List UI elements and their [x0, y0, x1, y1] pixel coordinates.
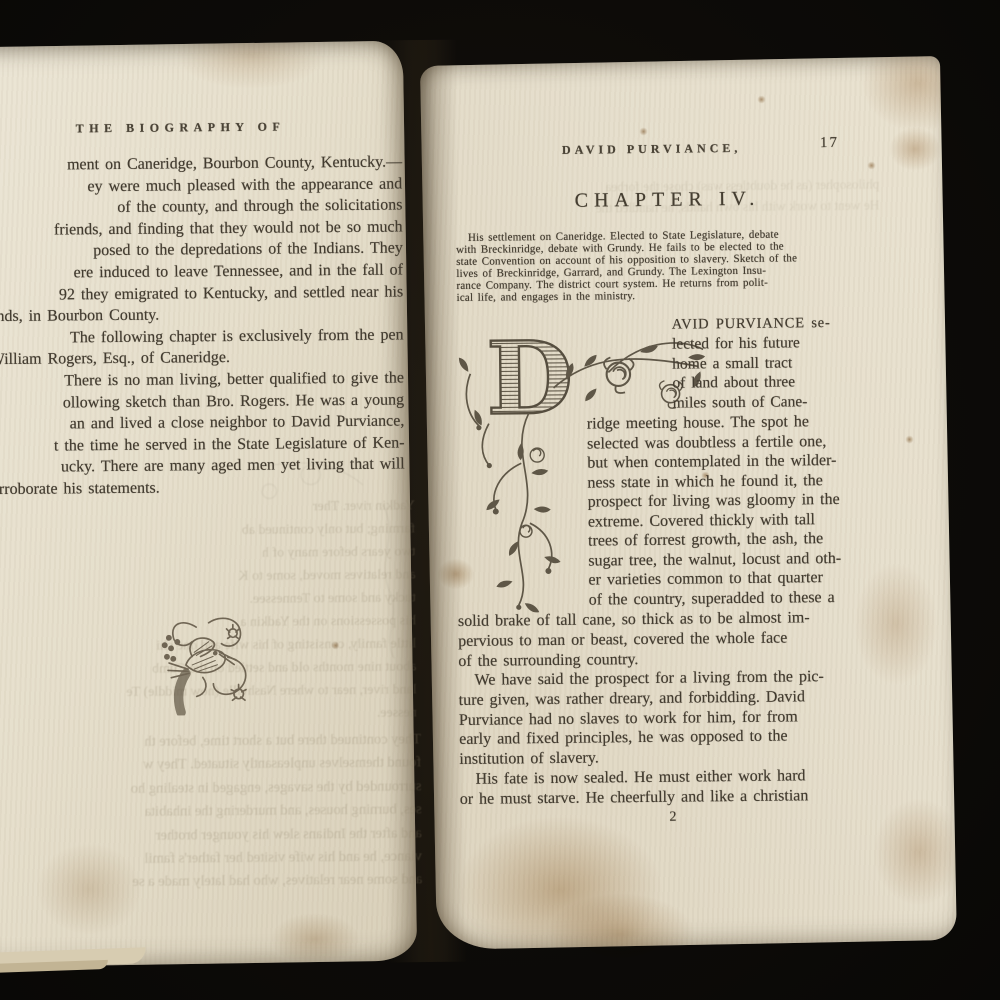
text-line: AVID PURVIANCE se- — [672, 314, 831, 335]
signature-mark: 2 — [460, 807, 886, 827]
text-line: or he must starve. He cheerfully and lik… — [460, 786, 809, 809]
paragraph-2: We have said the prospect for a living f… — [458, 667, 824, 770]
text-line: miles south of Cane- — [673, 392, 832, 413]
foxing-spot — [866, 160, 877, 171]
text-line: extreme. Covered thickly with tall — [588, 509, 841, 531]
text-line: ness state in which he found it, the — [587, 470, 840, 492]
text-line: ical life, and engages in the ministry. — [456, 288, 884, 304]
page-number: 17 — [820, 135, 839, 152]
text-line: selected was doubtless a fertile one, — [587, 431, 840, 453]
initial-letter: D — [486, 319, 574, 438]
body-narrow-column: ridge meeting house. The spot heselected… — [587, 412, 842, 610]
text-line: home a small tract — [672, 353, 831, 374]
text-line: lected for his future — [672, 333, 831, 354]
text-line: prospect for living was gloomy in the — [588, 490, 841, 512]
paragraph-3: His fate is now sealed. He must either w… — [459, 766, 808, 809]
body-beside-initial: AVID PURVIANCE se-lected for his futureh… — [672, 314, 832, 413]
text-line: but when contemplated in the wilder- — [587, 451, 840, 473]
text-line: er varieties common to that quarter — [588, 568, 841, 590]
text-line: trees of forrest growth, the ash, the — [588, 529, 841, 551]
text-line: of the country, superadded to these a — [589, 587, 842, 609]
foxing-spot — [904, 434, 915, 445]
foxing-spot — [700, 470, 711, 481]
foxing-spot — [638, 126, 649, 137]
foxing-spot — [330, 640, 341, 651]
text-line: ridge meeting house. The spot he — [587, 412, 840, 434]
chapter-summary: His settlement on Caneridge. Elected to … — [456, 228, 885, 304]
running-header-right: DAVID PURVIANCE, — [562, 141, 742, 158]
text-line: pervious to man or beast, covered the wh… — [458, 628, 810, 651]
text-line: early and fixed principles, he was oppos… — [459, 727, 824, 751]
chapter-heading: CHAPTER IV. — [455, 187, 879, 214]
text-line: sugar tree, the walnut, locust and oth- — [588, 548, 841, 570]
book-photo: { "scene": { "description": "Photograph … — [0, 0, 1000, 1000]
body-full-width: solid brake of tall cane, so thick as to… — [458, 608, 810, 671]
foxing-spot — [756, 94, 767, 105]
right-page-content: philosopher (as he doubtless was) chose … — [0, 0, 1000, 1000]
text-line: of land about three — [672, 372, 831, 393]
